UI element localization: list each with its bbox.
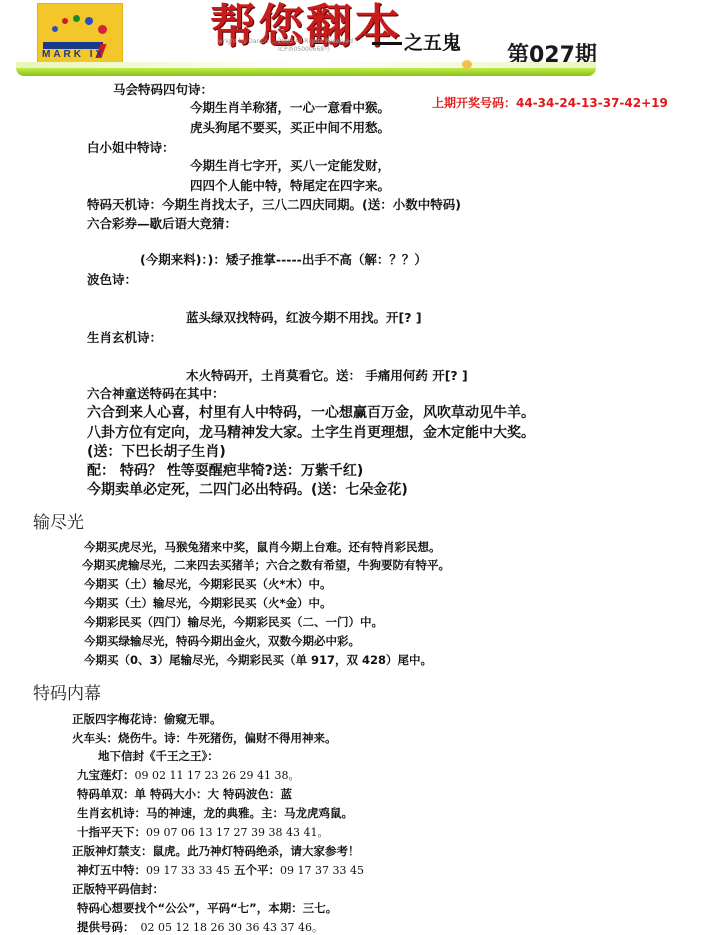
lottery-ball-icon [85,17,93,25]
logo-chinese-wordmark [43,42,103,49]
wuping-label: 五个平： [234,863,280,877]
huochetou: 火车头：烧伤牛。诗：牛死猪伤，偏财不得用神来。 [72,730,337,746]
lose-line: 今期买绿输尽光，特码今期出金火，双数今期必中彩。 [84,633,360,649]
xuanji-title: 生肖玄机诗： [87,328,162,346]
lottery-ball-icon [52,26,58,32]
jiubao-numbers: 09 02 11 17 23 26 29 41 38。 [135,769,300,782]
xinfeng-title: 地下信封《千王之王》： [98,748,219,764]
lose-line: 今期买（土）输尽光，今期彩民买（火*金）中。 [84,595,332,611]
gonggong-row: 特码心想要找个“公公”，平码“七”，本期：三七。 [77,900,337,916]
shizhi-row: 十指平天下：09 07 06 13 17 27 39 38 43 41。 [77,824,328,840]
copyright-line: wright by DanCo ... 2005 All Rights Rese… [218,38,353,46]
jiubao-label: 九宝莲灯： [77,768,135,782]
shentong-title: 六合神童送特码在其中： [87,384,225,402]
bose-line: 蓝头绿双找特码，红波今期不用找。开[? ] [186,308,422,326]
banner-green-bar [16,68,596,76]
lottery-ball-icon [62,18,68,24]
title-dash [372,42,402,45]
shentong-line: 配： 特码？ 性等耍醒疤芈犄?送：万紫千红) [87,460,363,480]
icp-line: ICP备05000668号 [218,46,353,54]
xuanji2-row: 生肖玄机诗：马的神速，龙的典雅。主：马龙虎鸡鼠。 [77,805,353,821]
mahui-line: 虎头狗尾不要买，买正中间不用愁。 [190,118,390,136]
xiehouyu-line: (今期来料)：)：矮子推掌-----出手不高（解：？？） [140,250,427,268]
tianji-poem: 特码天机诗：今期生肖找太子，三八二四庆同期。(送：小数中特码) [87,195,461,213]
lose-line: 今期买虎输尽光，二来四去买猪羊；六合之数有希望，牛狗要防有特平。 [82,557,450,573]
shizhi-label: 十指平天下： [77,825,146,839]
tigong-row: 提供号码：02 05 12 18 26 30 36 43 37 46。 [77,919,323,935]
bose-title: 波色诗： [87,270,137,288]
lose-line: 今期买虎尽光，马猴兔猪来中奖，鼠肖今期上台难。还有特肖彩民想。 [84,539,441,555]
shentong-line: 今期卖单必定死，二四门必出特码。(送：七朵金花) [87,479,408,499]
wuzhong-numbers: 09 17 33 33 45 [146,864,230,877]
xuanji-line: 木火特码开，土肖莫看它。送： 手痛用何药 开[? ] [186,366,468,384]
danshuang-row: 特码单双：单 特码大小：大 特码波色：蓝 [77,786,292,802]
tigong-numbers: 02 05 12 18 26 30 36 43 37 46。 [141,921,323,934]
baixiaojie-line: 今期生肖七字开，买八一定能发财， [190,156,390,174]
baixiaojie-line: 四四个人能中特，特尾定在四字来。 [190,176,390,194]
tepingxin-title: 正版特平码信封： [72,881,164,897]
mahui-title: 马会特码四句诗： [113,80,213,98]
meihua-poem: 正版四字梅花诗：偷窥无罪。 [72,711,222,727]
baixiaojie-title: 白小姐中特诗： [87,138,175,156]
title-suffix: 之五鬼 [404,28,461,55]
section-heading-inside: 特码内幕 [33,679,101,704]
copyright-fine-print: wright by DanCo ... 2005 All Rights Rese… [218,38,353,54]
lottery-ball-icon [98,25,107,34]
shizhi-numbers: 09 07 06 13 17 27 39 38 43 41。 [146,826,328,839]
xiehouyu-title: 六合彩券—歇后语大竞猜： [87,214,237,232]
shentong-line: (送：下巴长胡子生肖) [87,441,226,461]
wuzhong-label: 神灯五中特： [77,863,146,877]
logo-brand-text: MARK IX [42,49,105,60]
shentong-line: 八卦方位有定向，龙马精神发大家。土字生肖更理想，金木定能中大奖。 [87,422,535,442]
mascot-icon [462,60,472,69]
jiubao-row: 九宝莲灯：09 02 11 17 23 26 29 41 38。 [77,767,299,783]
previous-draw-numbers: 上期开奖号码：44-34-24-13-37-42+19 [432,94,668,111]
shentong-line: 六合到来人心喜，村里有人中特码，一心想赢百万金，风吹草动见牛羊。 [87,402,535,422]
mark-six-logo: MARK IX [37,3,123,65]
tigong-label: 提供号码： [77,920,135,934]
shendeng-row: 正版神灯禁支：鼠虎。此乃神灯特码绝杀，请大家参考！ [72,843,360,859]
lose-line: 今期买（0、3）尾输尽光，今期彩民买（单 917，双 428）尾中。 [84,652,432,668]
lose-line: 今期彩民买（四门）输尽光，今期彩民买（二、一门）中。 [84,614,383,630]
lottery-ball-icon [73,15,80,22]
wuping-numbers: 09 17 37 33 45 [280,864,364,877]
lose-line: 今期买（土）输尽光，今期彩民买（火*木）中。 [84,576,332,592]
section-heading-lose: 输尽光 [33,508,84,533]
wuzhong-row: 神灯五中特：09 17 33 33 45 五个平：09 17 37 33 45 [77,862,364,878]
mahui-line: 今期生肖羊称猪，一心一意看中猴。 [190,98,390,116]
